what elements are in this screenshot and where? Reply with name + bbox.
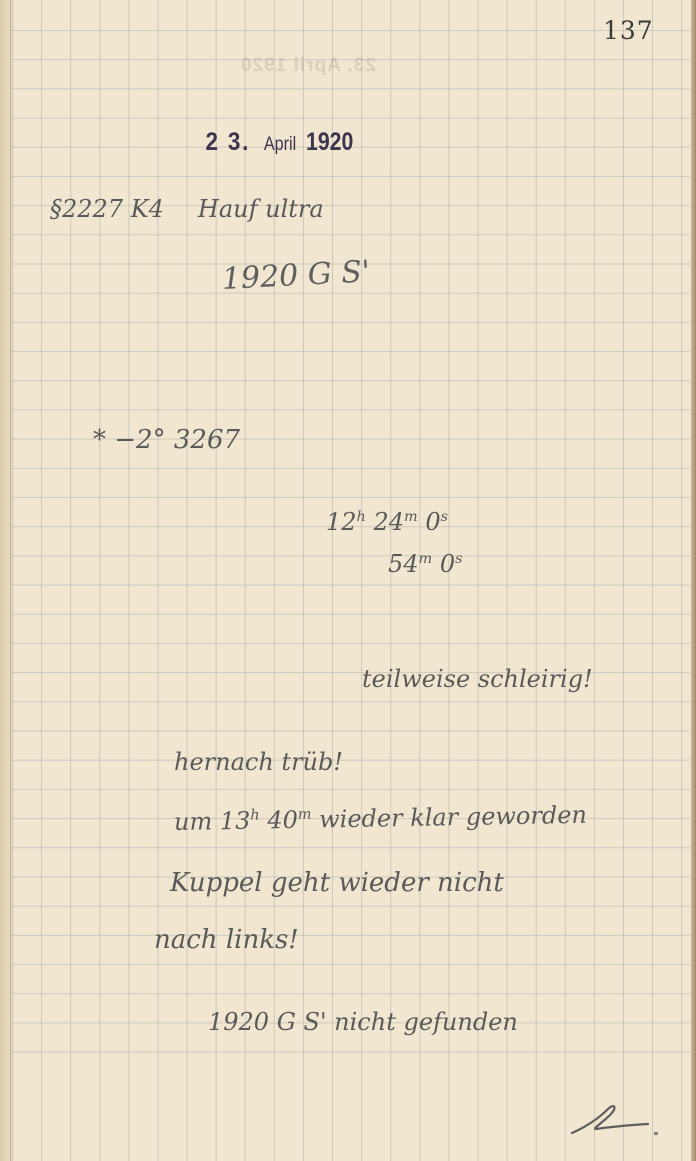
remark3-h-unit: h: [250, 808, 260, 824]
entry-time-1: 12h 24m 0s: [326, 508, 448, 536]
time2-minutes: 54: [388, 550, 419, 578]
stamp-day: 2 3.: [205, 128, 250, 157]
time1-h-unit: h: [357, 509, 366, 525]
entry-star: * −2° 3267: [93, 425, 240, 455]
remark-dome: Kuppel geht wieder nicht: [170, 868, 504, 898]
time1-hours: 12: [326, 508, 357, 536]
time1-s-unit: s: [441, 509, 448, 525]
page-binding-edge: [0, 0, 11, 1161]
page-right-edge: [691, 0, 696, 1161]
remark3-rest: wieder klar geworden: [311, 801, 587, 834]
time2-s-unit: s: [455, 551, 462, 567]
time1-seconds: 0: [425, 508, 440, 536]
remark3-minutes: 40: [267, 806, 298, 835]
stamp-month: April: [264, 134, 296, 156]
remark3-m-unit: m: [298, 807, 312, 823]
bleed-through-stamp: 23. April 1920: [240, 55, 376, 77]
entry-time-2: 54m 0s: [388, 550, 463, 578]
time1-minutes: 24: [373, 508, 404, 536]
remark3-prefix: um 13: [174, 807, 251, 836]
stamp-year: 1920: [306, 128, 353, 157]
object-note: Hauf ultra: [198, 195, 324, 223]
date-stamp: 2 3. April 1920: [203, 128, 361, 157]
remark-partly-hazy: teilweise schleirig!: [362, 665, 593, 693]
entry-object: §2227 K4Hauf ultra: [50, 195, 324, 223]
notebook-page: 137 23. April 1920 2 3. April 1920 §2227…: [0, 0, 696, 1161]
remark-to-left: nach links!: [154, 925, 299, 955]
time1-m-unit: m: [404, 509, 418, 525]
conclusion-not-found: 1920 G S' nicht gefunden: [208, 1008, 518, 1036]
page-number: 137: [603, 16, 654, 45]
ink-dot: [654, 1132, 658, 1135]
signature-initial-icon: [570, 1103, 650, 1143]
time2-seconds: 0: [440, 550, 455, 578]
time2-m-unit: m: [419, 551, 433, 567]
remark-then-cloudy: hernach trüb!: [174, 748, 343, 776]
object-designation: §2227 K4: [50, 195, 164, 223]
grid-horizontal-lines: [12, 30, 690, 1070]
